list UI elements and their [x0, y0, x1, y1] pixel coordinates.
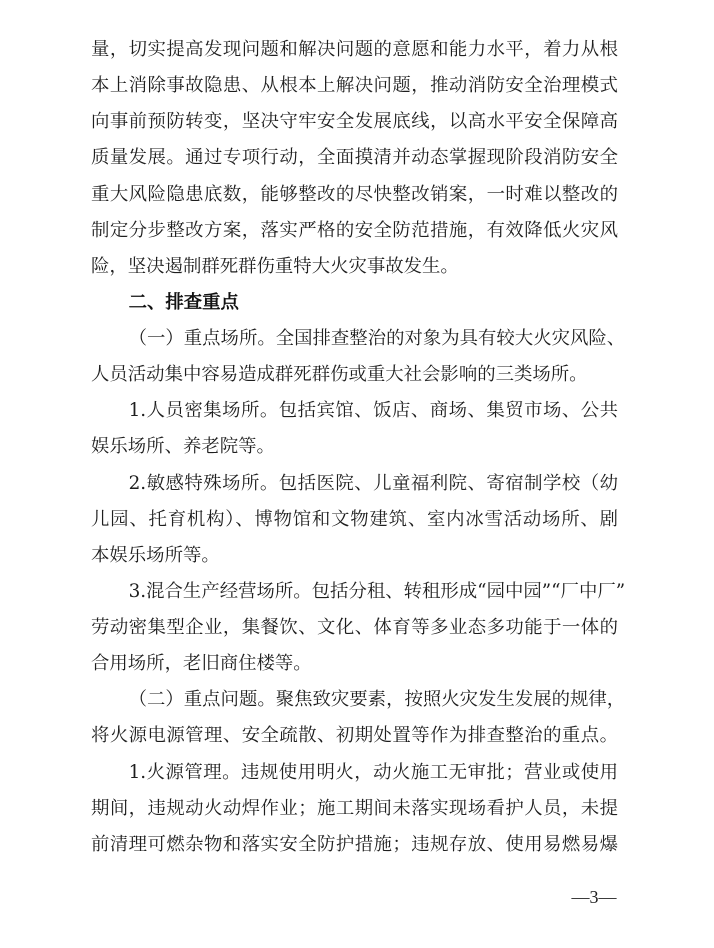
paragraph-line: 向事前预防转变，坚决守牢安全发展底线，以高水平安全保障高 [91, 104, 618, 140]
item-crowded-places-line: 娱乐场所、养老院等。 [91, 429, 618, 465]
document-page: 量，切实提高发现问题和解决问题的意愿和能力水平，着力从根 本上消除事故隐患、从根… [0, 0, 714, 948]
paragraph-line: 险，坚决遏制群死群伤重特大火灾事故发生。 [91, 249, 618, 285]
paragraph-line: 量，切实提高发现问题和解决问题的意愿和能力水平，着力从根 [91, 32, 618, 68]
paragraph-line: 本上消除事故隐患、从根本上解决问题，推动消防安全治理模式 [91, 68, 618, 104]
item-sensitive-places-line: 儿园、托育机构）、博物馆和文物建筑、室内冰雪活动场所、剧 [91, 502, 618, 538]
page-number: —3— [560, 884, 628, 910]
item-mixed-use-places-line: 3.混合生产经营场所。包括分租、转租形成“园中园”“厂中厂” [91, 574, 618, 610]
subsection-key-issues-line: （二）重点问题。聚焦致灾要素，按照火灾发生发展的规律， [91, 682, 618, 718]
section-heading: 二、排查重点 [91, 285, 618, 321]
body-text: 量，切实提高发现问题和解决问题的意愿和能力水平，着力从根 本上消除事故隐患、从根… [91, 32, 618, 863]
subsection-key-issues-line: 将火源电源管理、安全疏散、初期处置等作为排查整治的重点。 [91, 718, 618, 754]
paragraph-line: 制定分步整改方案，落实严格的安全防范措施，有效降低火灾风 [91, 213, 618, 249]
item-sensitive-places-line: 2.敏感特殊场所。包括医院、儿童福利院、寄宿制学校（幼 [91, 466, 618, 502]
item-fire-source-management-line: 1.火源管理。违规使用明火，动火施工无审批；营业或使用 [91, 755, 618, 791]
subsection-key-places-line: 人员活动集中容易造成群死群伤或重大社会影响的三类场所。 [91, 357, 618, 393]
item-mixed-use-places-line: 合用场所，老旧商住楼等。 [91, 646, 618, 682]
paragraph-line: 重大风险隐患底数，能够整改的尽快整改销案，一时难以整改的 [91, 177, 618, 213]
item-fire-source-management-line: 期间，违规动火动焊作业；施工期间未落实现场看护人员，未提 [91, 791, 618, 827]
item-crowded-places-line: 1.人员密集场所。包括宾馆、饭店、商场、集贸市场、公共 [91, 393, 618, 429]
paragraph-line: 质量发展。通过专项行动，全面摸清并动态掌握现阶段消防安全 [91, 140, 618, 176]
subsection-key-places-line: （一）重点场所。全国排查整治的对象为具有较大火灾风险、 [91, 321, 618, 357]
item-mixed-use-places-line: 劳动密集型企业，集餐饮、文化、体育等多业态多功能于一体的 [91, 610, 618, 646]
item-sensitive-places-line: 本娱乐场所等。 [91, 538, 618, 574]
item-fire-source-management-line: 前清理可燃杂物和落实安全防护措施；违规存放、使用易燃易爆 [91, 827, 618, 863]
